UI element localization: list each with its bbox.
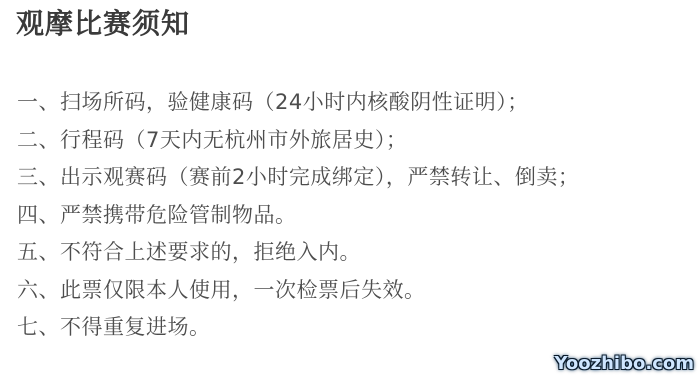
rule-item-5: 五、不符合上述要求的，拒绝入内。 — [17, 234, 579, 272]
site-watermark: Yoozhibo.com — [555, 353, 694, 374]
page-title: 观摩比赛须知 — [16, 4, 190, 44]
rule-item-6: 六、此票仅限本人使用，一次检票后失效。 — [17, 272, 579, 310]
rule-item-2: 二、行程码（7天内无杭州市外旅居史）； — [17, 122, 579, 160]
rule-item-4: 四、严禁携带危险管制物品。 — [17, 197, 579, 235]
rule-item-7: 七、不得重复进场。 — [17, 309, 579, 347]
rules-list: 一、扫场所码，验健康码（24小时内核酸阴性证明）； 二、行程码（7天内无杭州市外… — [17, 84, 579, 347]
rule-item-1: 一、扫场所码，验健康码（24小时内核酸阴性证明）； — [17, 84, 579, 122]
rule-item-3: 三、出示观赛码（赛前2小时完成绑定），严禁转让、倒卖； — [17, 159, 579, 197]
